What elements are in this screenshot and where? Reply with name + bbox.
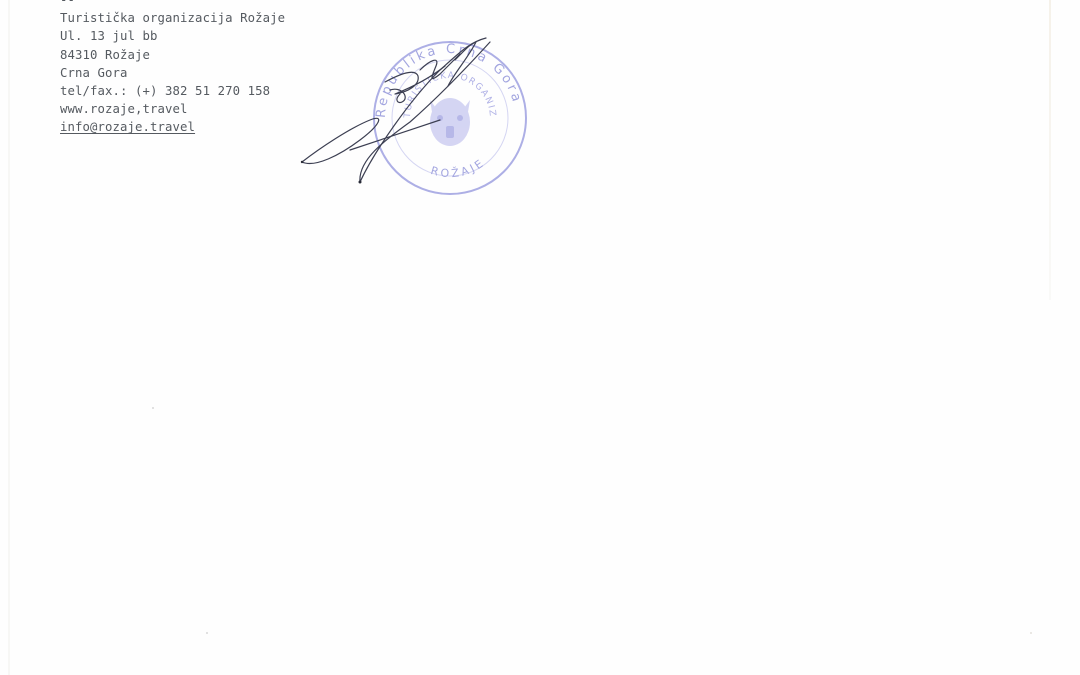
scan-edge-right	[1049, 0, 1051, 300]
scan-dust-speck	[1030, 632, 1032, 634]
email-signature-block: -- Turistička organizacija Rožaje Ul. 13…	[60, 0, 285, 137]
signature-separator: --	[60, 0, 285, 9]
scan-edge-left	[8, 0, 10, 675]
country: Crna Gora	[60, 64, 285, 82]
phone-fax: tel/fax.: (+) 382 51 270 158	[60, 82, 285, 100]
postal-city: 84310 Rožaje	[60, 46, 285, 64]
scan-dust-speck	[206, 632, 208, 634]
stamp-and-signature: Republika Crna Gora TURISTIČKA ORGANIZAC…	[290, 30, 550, 200]
email-link[interactable]: info@rozaje.travel	[60, 118, 285, 136]
website-link[interactable]: www.rozaje,travel	[60, 100, 285, 118]
official-stamp-icon: Republika Crna Gora TURISTIČKA ORGANIZAC…	[290, 30, 550, 200]
street-address: Ul. 13 jul bb	[60, 27, 285, 45]
organization-name: Turistička organizacija Rožaje	[60, 9, 285, 27]
scan-dust-speck	[152, 407, 154, 409]
svg-text:ROŽAJE: ROŽAJE	[429, 156, 488, 181]
scanned-page: -- Turistička organizacija Rožaje Ul. 13…	[0, 0, 1080, 675]
